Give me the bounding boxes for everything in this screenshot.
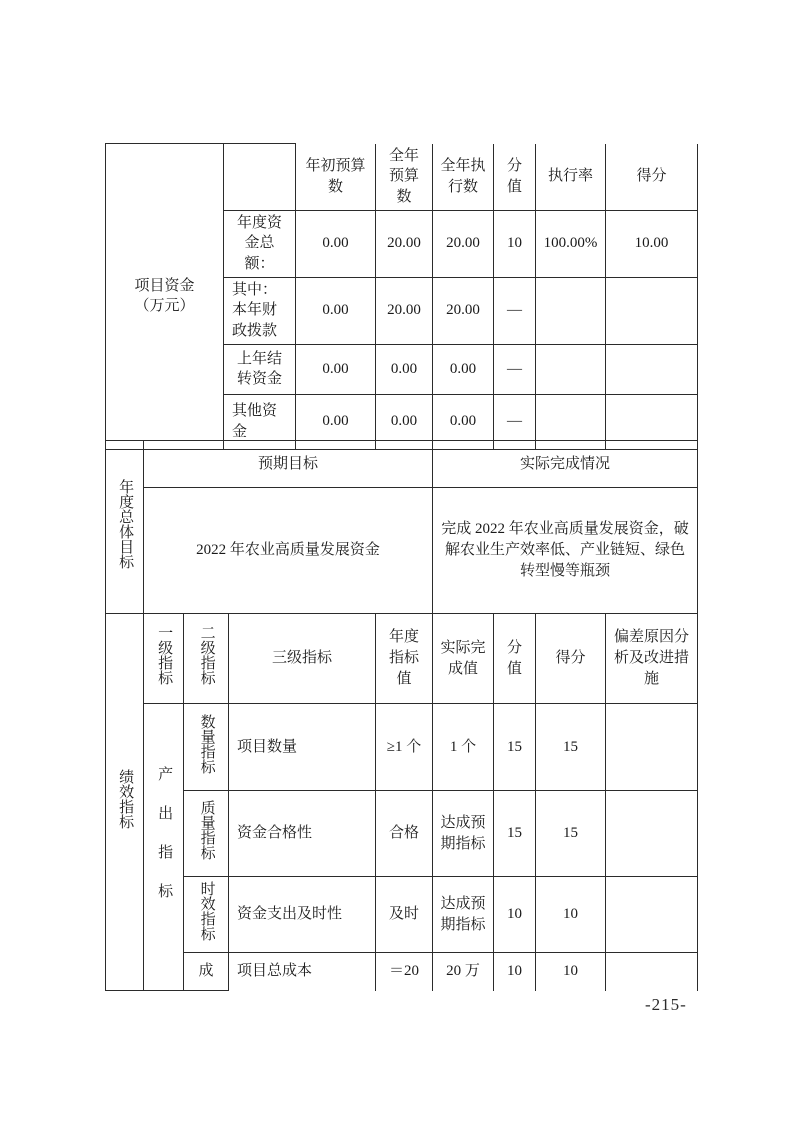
table-row: 时效指标 资金支出及时性 及时 达成预 期指标 10 10 (106, 877, 698, 953)
indicator-name-cell: 项目数量 (229, 704, 376, 791)
col-header-level1: 一级指标 (144, 614, 184, 704)
funds-score (606, 344, 698, 394)
funds-begin-value: 0.00 (296, 210, 376, 277)
expected-goal-header: 预期目标 (144, 441, 433, 488)
indicators-title-vertical-text: 绩效指标 (116, 769, 133, 829)
table-row: 产出指标 数量指标 项目数量 ≥1 个 1 个 15 15 (106, 704, 698, 791)
funds-budget-value: 20.00 (376, 210, 433, 277)
level1-header-text: 一级指标 (155, 625, 172, 685)
indicator-actual-cell: 1 个 (433, 704, 494, 791)
indicator-deviation-cell (606, 877, 698, 953)
indicator-score-cell: 15 (536, 791, 606, 877)
indicator-actual-cell: 20 万 (433, 953, 494, 991)
funds-exec-rate (536, 277, 606, 344)
table-row: 成 项目总成本 ＝20 20 万 10 10 (106, 953, 698, 991)
level2-cell: 时效指标 (184, 877, 229, 953)
indicator-name-cell: 项目总成本 (229, 953, 376, 991)
funds-exec-value: 0.00 (433, 344, 494, 394)
col-header-score-value: 分 值 (494, 614, 536, 704)
level2-cell: 数量指标 (184, 704, 229, 791)
funds-exec-value: 20.00 (433, 210, 494, 277)
indicator-target-cell: 及时 (376, 877, 433, 953)
indicator-score-cell: 15 (536, 704, 606, 791)
indicator-deviation-cell (606, 953, 698, 991)
level1-group-cell: 产出指标 (144, 704, 184, 991)
indicator-target-cell: ＝20 (376, 953, 433, 991)
level2-text: 数量指标 (197, 714, 214, 774)
funds-exec-value: 20.00 (433, 277, 494, 344)
level2-text: 时效指标 (197, 881, 214, 941)
project-funds-table: 项目资金 （万元） 年初预算 数 全年 预算 数 全年执 行数 分 值 执行率 … (105, 143, 698, 450)
funds-exec-rate (536, 344, 606, 394)
actual-completion-header: 实际完成情况 (433, 441, 698, 488)
col-header-score: 得分 (606, 144, 698, 211)
table-row: 质量指标 资金合格性 合格 达成预 期指标 15 15 (106, 791, 698, 877)
indicator-score-cell: 10 (536, 877, 606, 953)
annual-goals-table: 年度总体目标 预期目标 实际完成情况 2022 年农业高质量发展资金 完成 20… (105, 440, 698, 614)
level2-text: 质量指标 (197, 800, 214, 860)
indicator-deviation-cell (606, 704, 698, 791)
table-row: 2022 年农业高质量发展资金 完成 2022 年农业高质量发展资金，破解农业生… (106, 488, 698, 614)
col-header-actual-value: 实际完 成值 (433, 614, 494, 704)
indicators-title-cell: 绩效指标 (106, 614, 144, 991)
blank-header-cell (224, 144, 296, 211)
expected-goal-cell: 2022 年农业高质量发展资金 (144, 488, 433, 614)
funds-row-label: 上年结 转资金 (224, 344, 296, 394)
goals-title-cell: 年度总体目标 (106, 441, 144, 614)
funds-begin-value: 0.00 (296, 344, 376, 394)
level2-cell: 成 (184, 953, 229, 991)
funds-score-value: — (494, 277, 536, 344)
indicator-deviation-cell (606, 791, 698, 877)
performance-indicators-table: 绩效指标 一级指标 二级指标 三级指标 年度 指标 值 实际完 成值 分 值 得… (105, 613, 698, 991)
funds-begin-value: 0.00 (296, 277, 376, 344)
funds-exec-rate: 100.00% (536, 210, 606, 277)
col-header-target-value: 年度 指标 值 (376, 614, 433, 704)
indicator-target-cell: ≥1 个 (376, 704, 433, 791)
indicator-score-value-cell: 10 (494, 953, 536, 991)
indicator-score-value-cell: 15 (494, 704, 536, 791)
indicator-actual-cell: 达成预 期指标 (433, 877, 494, 953)
level1-group-vertical-text: 产出指标 (155, 766, 172, 922)
indicator-name-cell: 资金支出及时性 (229, 877, 376, 953)
indicator-actual-cell: 达成预 期指标 (433, 791, 494, 877)
goals-title-vertical-text: 年度总体目标 (116, 479, 133, 569)
level2-cell: 质量指标 (184, 791, 229, 877)
col-header-score: 得分 (536, 614, 606, 704)
actual-completion-cell: 完成 2022 年农业高质量发展资金，破解农业生产效率低、产业链短、绿色转型慢等… (433, 488, 698, 614)
funds-budget-value: 20.00 (376, 277, 433, 344)
col-header-level2: 二级指标 (184, 614, 229, 704)
indicator-target-cell: 合格 (376, 791, 433, 877)
col-header-score-value: 分 值 (494, 144, 536, 211)
col-header-level3: 三级指标 (229, 614, 376, 704)
project-funds-title-cell: 项目资金 （万元） (106, 144, 224, 450)
indicator-score-value-cell: 15 (494, 791, 536, 877)
indicator-name-cell: 资金合格性 (229, 791, 376, 877)
funds-row-label: 其中： 本年财 政拨款 (224, 277, 296, 344)
col-header-deviation: 偏差原因分 析及改进措 施 (606, 614, 698, 704)
indicator-score-cell: 10 (536, 953, 606, 991)
col-header-year-exec: 全年执 行数 (433, 144, 494, 211)
funds-row-label: 年度资 金总 额： (224, 210, 296, 277)
funds-score-value: 10 (494, 210, 536, 277)
document-page: 项目资金 （万元） 年初预算 数 全年 预算 数 全年执 行数 分 值 执行率 … (0, 0, 794, 1122)
indicator-score-value-cell: 10 (494, 877, 536, 953)
funds-score-value: — (494, 344, 536, 394)
col-header-exec-rate: 执行率 (536, 144, 606, 211)
page-number: -215- (645, 995, 687, 1015)
funds-score: 10.00 (606, 210, 698, 277)
funds-budget-value: 0.00 (376, 344, 433, 394)
col-header-year-budget: 全年 预算 数 (376, 144, 433, 211)
funds-score (606, 277, 698, 344)
level2-header-text: 二级指标 (197, 625, 214, 685)
col-header-begin-budget: 年初预算 数 (296, 144, 376, 211)
